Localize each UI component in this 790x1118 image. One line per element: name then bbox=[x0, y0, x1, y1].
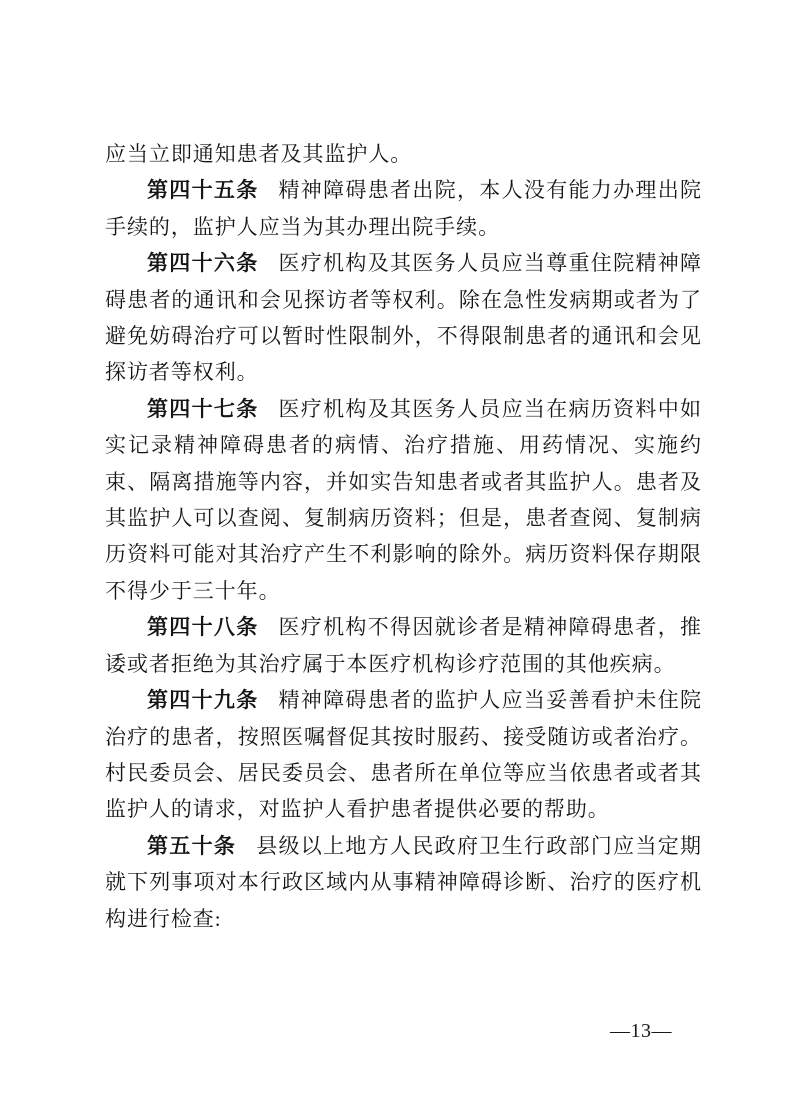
article-49-number: 第四十九条 bbox=[147, 688, 259, 712]
article-47: 第四十七条医疗机构及其医务人员应当在病历资料中如实记录精神障碍患者的病情、治疗措… bbox=[105, 391, 702, 609]
article-45-number: 第四十五条 bbox=[147, 178, 259, 202]
article-47-text: 医疗机构及其医务人员应当在病历资料中如实记录精神障碍患者的病情、治疗措施、用药情… bbox=[105, 397, 702, 603]
article-46-number: 第四十六条 bbox=[147, 251, 259, 275]
article-47-number: 第四十七条 bbox=[147, 397, 259, 421]
article-48: 第四十八条医疗机构不得因就诊者是精神障碍患者，推诿或者拒绝为其治疗属于本医疗机构… bbox=[105, 609, 702, 682]
page-number: —13— bbox=[610, 1020, 672, 1043]
paragraph-text: 应当立即通知患者及其监护人。 bbox=[105, 142, 412, 166]
paragraph-continuation: 应当立即通知患者及其监护人。 bbox=[105, 136, 702, 172]
article-48-number: 第四十八条 bbox=[147, 615, 259, 639]
article-50: 第五十条县级以上地方人民政府卫生行政部门应当定期就下列事项对本行政区域内从事精神… bbox=[105, 828, 702, 937]
article-49: 第四十九条精神障碍患者的监护人应当妥善看护未住院治疗的患者，按照医嘱督促其按时服… bbox=[105, 682, 702, 828]
article-50-number: 第五十条 bbox=[147, 834, 236, 858]
document-page: 应当立即通知患者及其监护人。 第四十五条精神障碍患者出院，本人没有能力办理出院手… bbox=[0, 0, 790, 1118]
law-text-block: 应当立即通知患者及其监护人。 第四十五条精神障碍患者出院，本人没有能力办理出院手… bbox=[105, 136, 702, 937]
article-45: 第四十五条精神障碍患者出院，本人没有能力办理出院手续的，监护人应当为其办理出院手… bbox=[105, 172, 702, 245]
article-46: 第四十六条医疗机构及其医务人员应当尊重住院精神障碍患者的通讯和会见探访者等权利。… bbox=[105, 245, 702, 391]
